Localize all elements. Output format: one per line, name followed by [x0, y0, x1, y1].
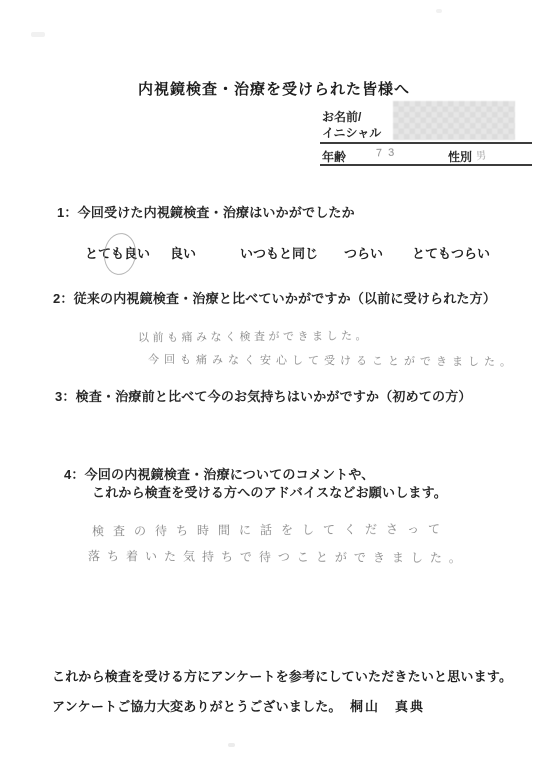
scan-artifact: [436, 9, 442, 13]
handwritten-answer-q4-line1: 検査の待ち時間に話をしてくださって: [92, 520, 449, 539]
divider-line: [320, 164, 532, 166]
name-label: お名前/: [322, 108, 361, 125]
divider-line: [320, 142, 532, 144]
selected-option-circle: [102, 231, 139, 277]
option-same-as-usual: いつもと同じ: [240, 243, 318, 262]
option-hard: つらい: [344, 243, 383, 262]
signature-name: 桐山 真典: [350, 696, 425, 715]
question-4-line2: これから検査を受ける方へのアドバイスなどお願いします。: [92, 482, 447, 501]
question-2: 2：従来の内視鏡検査・治療と比べていかがですか（以前に受けられた方）: [53, 288, 496, 307]
question-3: 3：検査・治療前と比べて今のお気持ちはいかがですか（初めての方）: [55, 386, 472, 405]
gender-handwritten-value: 男: [475, 147, 487, 163]
survey-document: 内視鏡検査・治療を受けられた皆様へ お名前/ イニシャル 年齢 73 性別 男 …: [0, 0, 540, 763]
gender-label: 性別: [448, 148, 472, 165]
initial-label: イニシャル: [322, 124, 381, 141]
scan-artifact: [31, 32, 45, 37]
redacted-name-area: [393, 101, 515, 140]
handwritten-answer-q2-line2: 今回も痛みなく安心して受けることができました。: [148, 351, 516, 370]
question-4-line1: 4：今回の内視鏡検査・治療についてのコメントや、: [64, 464, 375, 483]
page-title: 内視鏡検査・治療を受けられた皆様へ: [138, 78, 410, 99]
scan-artifact: [228, 743, 235, 747]
age-handwritten-value: 73: [376, 147, 401, 160]
footer-note: これから検査を受ける方にアンケートを参考にしていただきたいと思います。: [52, 666, 512, 685]
question-1: 1：今回受けた内視鏡検査・治療はいかがでしたか: [57, 202, 355, 221]
footer-thanks: アンケートご協力大変ありがとうございました。: [52, 696, 342, 715]
handwritten-answer-q4-line2: 落ち着いた気持ちで待つことができました。: [88, 547, 468, 566]
option-good: 良い: [170, 243, 196, 262]
option-very-hard: とてもつらい: [412, 243, 490, 262]
handwritten-answer-q2-line1: 以前も痛みなく検査ができました。: [138, 327, 370, 345]
age-label: 年齢: [322, 148, 346, 165]
